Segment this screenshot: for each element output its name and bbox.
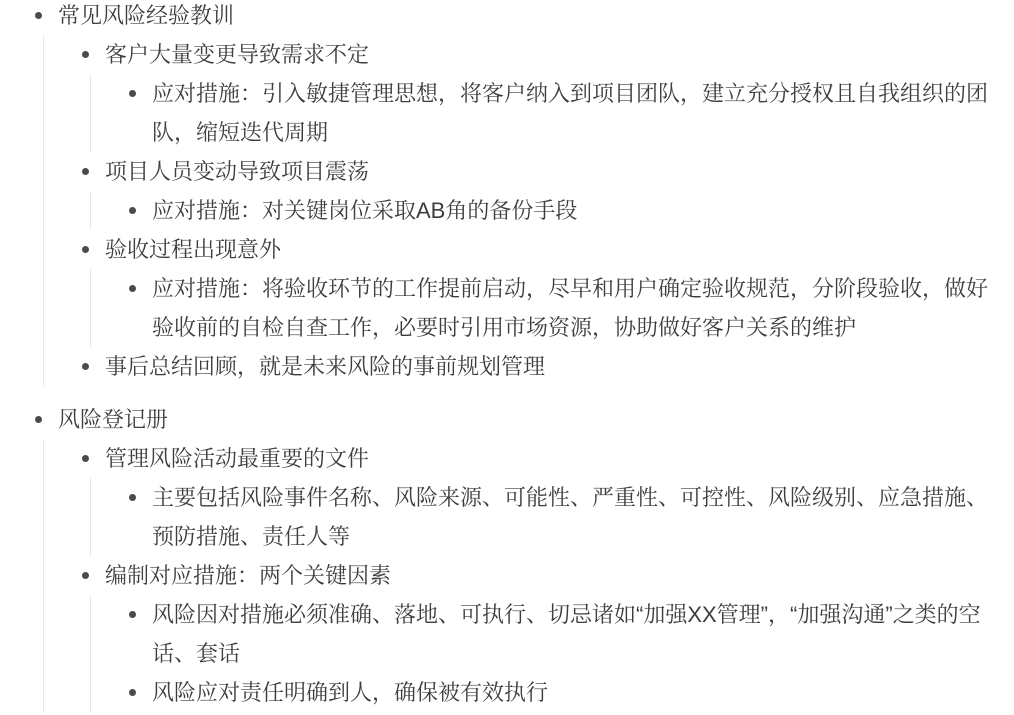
outline-node: 应对措施：将验收环节的工作提前启动，尽早和用户确定验收规范，分阶段验收，做好验收… <box>125 269 990 347</box>
outline-children-group: 客户大量变更导致需求不定应对措施：引入敏捷管理思想，将客户纳入到项目团队，建立充… <box>43 35 990 386</box>
outline-item-row[interactable]: 应对措施：对关键岗位采取AB角的备份手段 <box>125 191 990 230</box>
outline-node: 风险应对责任明确到人，确保被有效执行 <box>125 673 990 712</box>
outline-item-label[interactable]: 应对措施：对关键岗位采取AB角的备份手段 <box>152 191 990 230</box>
outline-item-row[interactable]: 客户大量变更导致需求不定 <box>78 35 990 74</box>
outline-item-label[interactable]: 风险因对措施必须准确、落地、可执行、切忌诸如“加强XX管理”，“加强沟通”之类的… <box>152 595 990 673</box>
outline-node: 编制对应措施：两个关键因素风险因对措施必须准确、落地、可执行、切忌诸如“加强XX… <box>78 556 990 712</box>
outline-node: 管理风险活动最重要的文件主要包括风险事件名称、风险来源、可能性、严重性、可控性、… <box>78 439 990 556</box>
outline-item-label[interactable]: 应对措施：引入敏捷管理思想，将客户纳入到项目团队，建立充分授权且自我组织的团队，… <box>152 74 990 152</box>
outline-item-label[interactable]: 客户大量变更导致需求不定 <box>105 35 990 74</box>
outline-item-row[interactable]: 验收过程出现意外 <box>78 230 990 269</box>
bullet-icon[interactable] <box>82 363 89 370</box>
outline-node: 应对措施：引入敏捷管理思想，将客户纳入到项目团队，建立充分授权且自我组织的团队，… <box>125 74 990 152</box>
outline-item-row[interactable]: 编制对应措施：两个关键因素 <box>78 556 990 595</box>
outline-children-group: 应对措施：对关键岗位采取AB角的备份手段 <box>90 191 990 230</box>
outline-node: 事后总结回顾，就是未来风险的事前规划管理 <box>78 347 990 386</box>
outline-item-label[interactable]: 风险登记册 <box>58 400 990 439</box>
outline-item-row[interactable]: 项目人员变动导致项目震荡 <box>78 152 990 191</box>
outline-item-row[interactable]: 常见风险经验教训 <box>31 0 990 35</box>
bullet-column <box>125 673 152 712</box>
outline-node: 验收过程出现意外应对措施：将验收环节的工作提前启动，尽早和用户确定验收规范，分阶… <box>78 230 990 347</box>
outline-item-row[interactable]: 风险应对责任明确到人，确保被有效执行 <box>125 673 990 712</box>
bullet-column <box>78 152 105 191</box>
outline-children-group: 主要包括风险事件名称、风险来源、可能性、严重性、可控性、风险级别、应急措施、预防… <box>90 478 990 556</box>
bullet-column <box>31 400 58 439</box>
outline-item-label[interactable]: 常见风险经验教训 <box>58 0 990 35</box>
outline-item-row[interactable]: 管理风险活动最重要的文件 <box>78 439 990 478</box>
outline-node: 常见风险经验教训客户大量变更导致需求不定应对措施：引入敏捷管理思想，将客户纳入到… <box>31 0 990 386</box>
bullet-icon[interactable] <box>82 246 89 253</box>
bullet-icon[interactable] <box>129 689 136 696</box>
outline-item-row[interactable]: 应对措施：将验收环节的工作提前启动，尽早和用户确定验收规范，分阶段验收，做好验收… <box>125 269 990 347</box>
outline-node: 应对措施：对关键岗位采取AB角的备份手段 <box>125 191 990 230</box>
outline-item-label[interactable]: 应对措施：将验收环节的工作提前启动，尽早和用户确定验收规范，分阶段验收，做好验收… <box>152 269 990 347</box>
bullet-icon[interactable] <box>129 285 136 292</box>
outline-item-label[interactable]: 事后总结回顾，就是未来风险的事前规划管理 <box>105 347 990 386</box>
bullet-column <box>78 439 105 478</box>
bullet-column <box>125 269 152 308</box>
bullet-icon[interactable] <box>82 51 89 58</box>
outline-item-label[interactable]: 项目人员变动导致项目震荡 <box>105 152 990 191</box>
outline-item-label[interactable]: 编制对应措施：两个关键因素 <box>105 556 990 595</box>
outline-node: 风险登记册管理风险活动最重要的文件主要包括风险事件名称、风险来源、可能性、严重性… <box>31 400 990 712</box>
outline-item-label[interactable]: 风险应对责任明确到人，确保被有效执行 <box>152 673 990 712</box>
bullet-icon[interactable] <box>82 168 89 175</box>
outline-item-label[interactable]: 主要包括风险事件名称、风险来源、可能性、严重性、可控性、风险级别、应急措施、预防… <box>152 478 990 556</box>
outline-children-group: 风险因对措施必须准确、落地、可执行、切忌诸如“加强XX管理”，“加强沟通”之类的… <box>90 595 990 712</box>
bullet-icon[interactable] <box>129 90 136 97</box>
outline-item-label[interactable]: 验收过程出现意外 <box>105 230 990 269</box>
bullet-icon[interactable] <box>82 455 89 462</box>
outline-item-row[interactable]: 主要包括风险事件名称、风险来源、可能性、严重性、可控性、风险级别、应急措施、预防… <box>125 478 990 556</box>
bullet-column <box>125 191 152 230</box>
outline-item-row[interactable]: 事后总结回顾，就是未来风险的事前规划管理 <box>78 347 990 386</box>
bullet-column <box>125 595 152 634</box>
outline-node: 风险因对措施必须准确、落地、可执行、切忌诸如“加强XX管理”，“加强沟通”之类的… <box>125 595 990 673</box>
bullet-icon[interactable] <box>129 494 136 501</box>
bullet-icon[interactable] <box>82 572 89 579</box>
outline-item-row[interactable]: 应对措施：引入敏捷管理思想，将客户纳入到项目团队，建立充分授权且自我组织的团队，… <box>125 74 990 152</box>
bullet-icon[interactable] <box>35 416 42 423</box>
bullet-icon[interactable] <box>129 611 136 618</box>
outline-children-group: 应对措施：引入敏捷管理思想，将客户纳入到项目团队，建立充分授权且自我组织的团队，… <box>90 74 990 152</box>
outline-node: 客户大量变更导致需求不定应对措施：引入敏捷管理思想，将客户纳入到项目团队，建立充… <box>78 35 990 152</box>
bullet-column <box>78 556 105 595</box>
bullet-column <box>78 35 105 74</box>
outline-node: 主要包括风险事件名称、风险来源、可能性、严重性、可控性、风险级别、应急措施、预防… <box>125 478 990 556</box>
bullet-column <box>78 230 105 269</box>
outline-item-row[interactable]: 风险因对措施必须准确、落地、可执行、切忌诸如“加强XX管理”，“加强沟通”之类的… <box>125 595 990 673</box>
bullet-icon[interactable] <box>129 207 136 214</box>
outline-children-group: 管理风险活动最重要的文件主要包括风险事件名称、风险来源、可能性、严重性、可控性、… <box>43 439 990 712</box>
bullet-column <box>31 0 58 35</box>
bullet-column <box>125 478 152 517</box>
bullet-icon[interactable] <box>35 12 42 19</box>
outline-document: 常见风险经验教训客户大量变更导致需求不定应对措施：引入敏捷管理思想，将客户纳入到… <box>0 0 1014 712</box>
bullet-column <box>125 74 152 113</box>
outline-node: 项目人员变动导致项目震荡应对措施：对关键岗位采取AB角的备份手段 <box>78 152 990 230</box>
outline-children-group: 应对措施：将验收环节的工作提前启动，尽早和用户确定验收规范，分阶段验收，做好验收… <box>90 269 990 347</box>
outline-item-label[interactable]: 管理风险活动最重要的文件 <box>105 439 990 478</box>
outline-item-row[interactable]: 风险登记册 <box>31 400 990 439</box>
bullet-column <box>78 347 105 386</box>
